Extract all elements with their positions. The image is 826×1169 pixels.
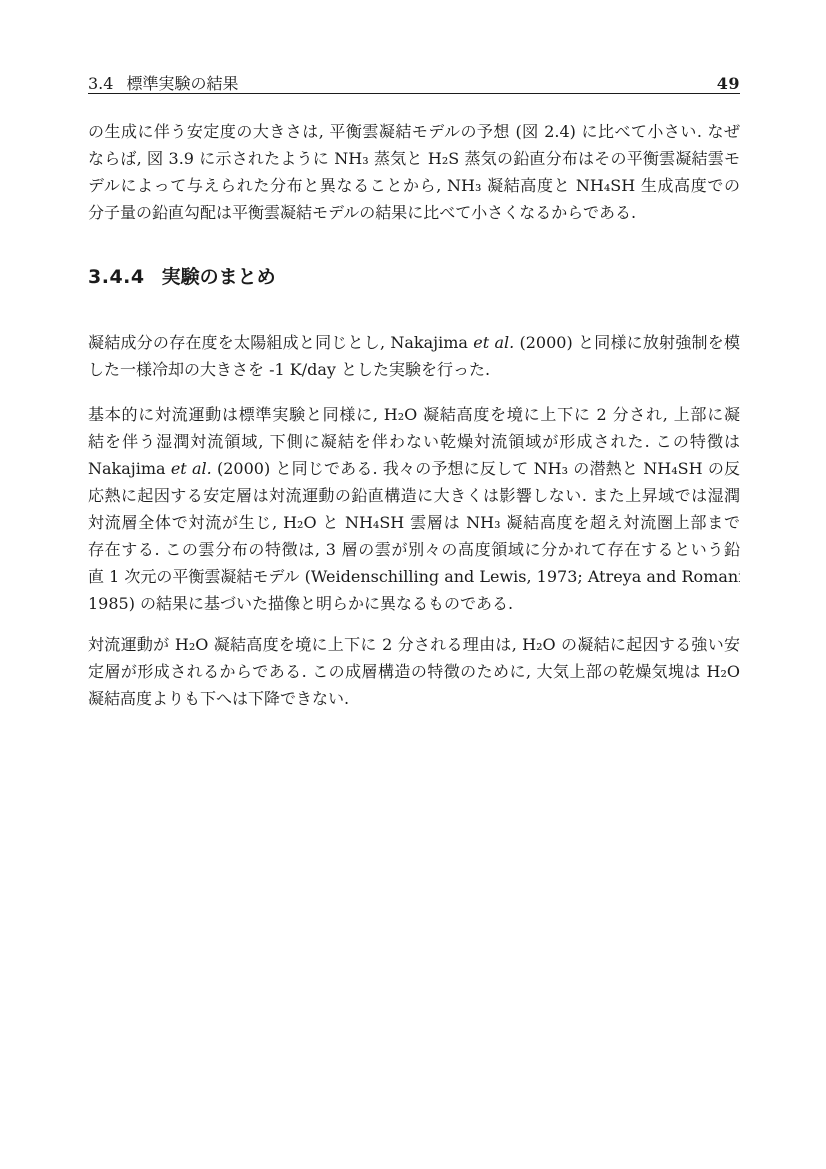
text-segment: (2000) と同じである. 我々の予想に反して NH₃ の潜熱と NH₄SH … xyxy=(212,459,740,478)
text-segment: 分子量の鉛直勾配は平衡雲凝結モデルの結果に比べて小さくなるからである. xyxy=(88,203,636,222)
page-number: 49 xyxy=(717,74,740,94)
text-segment: (2000) と同様に放射強制を模 xyxy=(514,333,740,352)
header-rule xyxy=(88,93,740,94)
text-line: Nakajima et al. (2000) と同じである. 我々の予想に反して… xyxy=(88,455,740,482)
paragraph-stable-layer: 対流運動が H₂O 凝結高度を境に上下に 2 分される理由は, H₂O の凝結に… xyxy=(88,631,740,712)
text-line: ならば, 図 3.9 に示されたように NH₃ 蒸気と H₂S 蒸気の鉛直分布は… xyxy=(88,145,740,172)
text-line: 定層が形成されるからである. この成層構造の特徴のために, 大気上部の乾燥気塊は… xyxy=(88,658,740,685)
text-line: 対流層全体で対流が生じ, H₂O と NH₄SH 雲層は NH₃ 凝結高度を超え… xyxy=(88,509,740,536)
text-line: の生成に伴う安定度の大きさは, 平衡雲凝結モデルの予想 (図 2.4) に比べて… xyxy=(88,118,740,145)
text-segment: 結を伴う湿潤対流領域, 下側に凝結を伴わない乾燥対流領域が形成された. この特徴… xyxy=(88,432,740,451)
text-line: 凝結高度よりも下へは下降できない. xyxy=(88,685,740,712)
text-line: 対流運動が H₂O 凝結高度を境に上下に 2 分される理由は, H₂O の凝結に… xyxy=(88,631,740,658)
text-segment: 凝結高度よりも下へは下降できない. xyxy=(88,689,349,708)
italic-text: et al. xyxy=(473,333,514,352)
text-segment: 1985) の結果に基づいた描像と明らかに異なるものである. xyxy=(88,594,513,613)
text-segment: 存在する. この雲分布の特徴は, 3 層の雲が別々の高度領域に分かれて存在すると… xyxy=(88,540,740,559)
text-line: 存在する. この雲分布の特徴は, 3 層の雲が別々の高度領域に分かれて存在すると… xyxy=(88,536,740,563)
text-segment: Nakajima xyxy=(88,459,171,478)
subsection-heading: 3.4.4実験のまとめ xyxy=(88,264,276,291)
document-page: 3.4標準実験の結果 49 の生成に伴う安定度の大きさは, 平衡雲凝結モデルの予… xyxy=(0,0,826,1169)
paragraph-results-summary: 基本的に対流運動は標準実験と同様に, H₂O 凝結高度を境に上下に 2 分され,… xyxy=(88,401,740,617)
text-segment: 凝結成分の存在度を太陽組成と同じとし, Nakajima xyxy=(88,333,473,352)
text-line: 結を伴う湿潤対流領域, 下側に凝結を伴わない乾燥対流領域が形成された. この特徴… xyxy=(88,428,740,455)
running-section-text: 標準実験の結果 xyxy=(126,74,238,93)
text-segment: デルによって与えられた分布と異なることから, NH₃ 凝結高度と NH₄SH 生… xyxy=(88,176,740,195)
subsection-number: 3.4.4 xyxy=(88,266,145,288)
text-line: 分子量の鉛直勾配は平衡雲凝結モデルの結果に比べて小さくなるからである. xyxy=(88,199,740,226)
text-segment: ならば, 図 3.9 に示されたように NH₃ 蒸気と H₂S 蒸気の鉛直分布は… xyxy=(88,149,740,168)
running-section-title: 3.4標準実験の結果 xyxy=(88,74,238,94)
text-segment: 対流層全体で対流が生じ, H₂O と NH₄SH 雲層は NH₃ 凝結高度を超え… xyxy=(88,513,740,532)
text-segment: 基本的に対流運動は標準実験と同様に, H₂O 凝結高度を境に上下に 2 分され,… xyxy=(88,405,740,424)
text-line: デルによって与えられた分布と異なることから, NH₃ 凝結高度と NH₄SH 生… xyxy=(88,172,740,199)
text-segment: 応熱に起因する安定層は対流運動の鉛直構造に大きくは影響しない. また上昇域では湿… xyxy=(88,486,740,505)
text-segment: の生成に伴う安定度の大きさは, 平衡雲凝結モデルの予想 (図 2.4) に比べて… xyxy=(88,122,740,141)
text-line: した一様冷却の大きさを -1 K/day とした実験を行った. xyxy=(88,356,740,383)
text-line: 応熱に起因する安定層は対流運動の鉛直構造に大きくは影響しない. また上昇域では湿… xyxy=(88,482,740,509)
paragraph-continuation: の生成に伴う安定度の大きさは, 平衡雲凝結モデルの予想 (図 2.4) に比べて… xyxy=(88,118,740,226)
text-line: 1985) の結果に基づいた描像と明らかに異なるものである. xyxy=(88,590,740,617)
paragraph-experiment-setup: 凝結成分の存在度を太陽組成と同じとし, Nakajima et al. (200… xyxy=(88,329,740,383)
text-line: 直 1 次元の平衡雲凝結モデル (Weidenschilling and Lew… xyxy=(88,563,740,590)
running-section-number: 3.4 xyxy=(88,74,113,93)
page-header: 3.4標準実験の結果 49 xyxy=(88,74,740,94)
text-line: 基本的に対流運動は標準実験と同様に, H₂O 凝結高度を境に上下に 2 分され,… xyxy=(88,401,740,428)
text-line: 凝結成分の存在度を太陽組成と同じとし, Nakajima et al. (200… xyxy=(88,329,740,356)
text-segment: 定層が形成されるからである. この成層構造の特徴のために, 大気上部の乾燥気塊は… xyxy=(88,662,740,681)
page-content: 3.4標準実験の結果 49 の生成に伴う安定度の大きさは, 平衡雲凝結モデルの予… xyxy=(88,0,740,1169)
text-segment: 直 1 次元の平衡雲凝結モデル (Weidenschilling and Lew… xyxy=(88,567,740,586)
subsection-title: 実験のまとめ xyxy=(162,266,276,288)
text-segment: 対流運動が H₂O 凝結高度を境に上下に 2 分される理由は, H₂O の凝結に… xyxy=(88,635,740,654)
text-segment: した一様冷却の大きさを -1 K/day とした実験を行った. xyxy=(88,360,490,379)
italic-text: et al. xyxy=(171,459,212,478)
